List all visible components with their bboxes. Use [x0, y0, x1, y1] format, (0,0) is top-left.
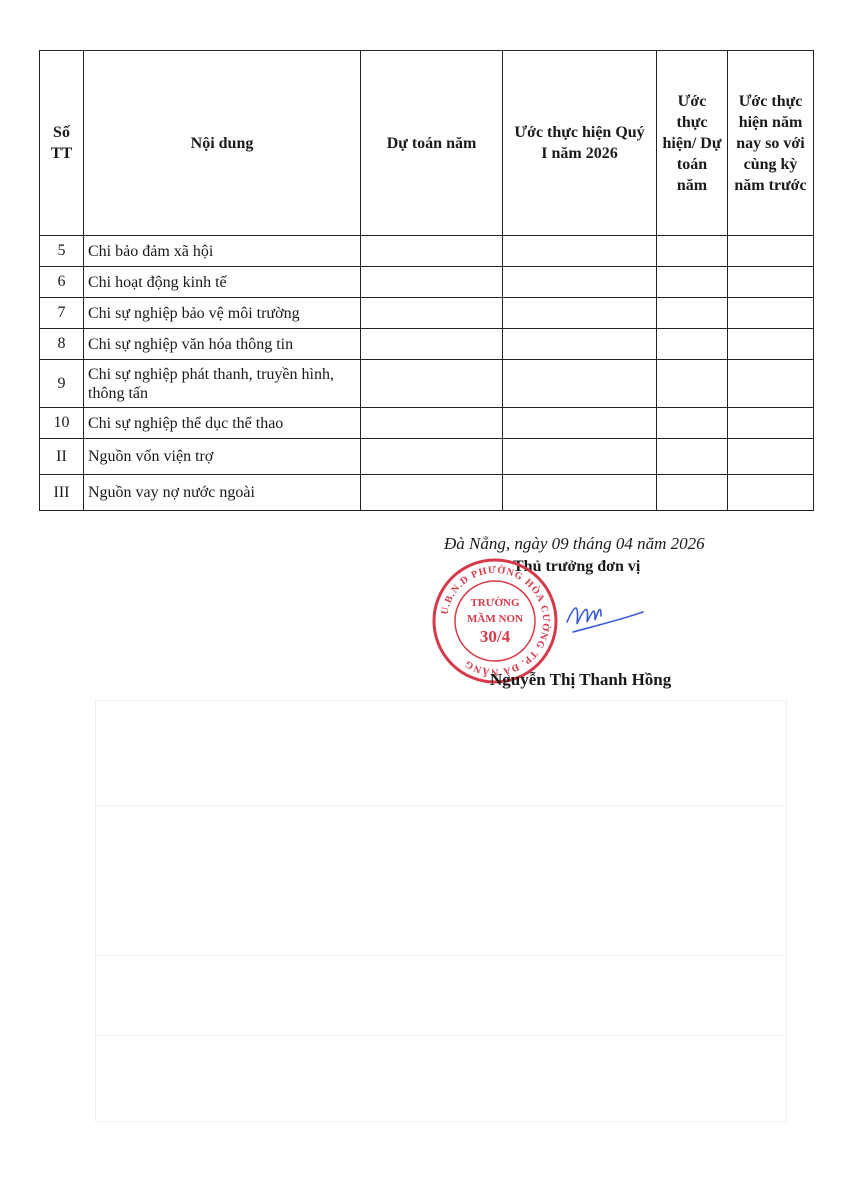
cell-yoy: [728, 408, 814, 439]
header-annual-estimate: Dự toán năm: [361, 51, 503, 236]
header-stt: Số TT: [40, 51, 84, 236]
cell-annual-estimate: [361, 236, 503, 267]
cell-ratio: [657, 236, 728, 267]
cell-q1-estimate: [503, 236, 657, 267]
bleed-through-table: [95, 700, 787, 1122]
bleed-through-line: [95, 955, 785, 956]
cell-q1-estimate: [503, 298, 657, 329]
cell-annual-estimate: [361, 408, 503, 439]
budget-estimate-table: Số TT Nội dung Dự toán năm Ước thực hiện…: [39, 50, 814, 511]
row-content: Nguồn vay nợ nước ngoài: [84, 475, 361, 511]
row-content: Nguồn vốn viện trợ: [84, 439, 361, 475]
table-row: 10Chi sự nghiệp thể dục thể thao: [40, 408, 814, 439]
cell-yoy: [728, 329, 814, 360]
cell-ratio: [657, 439, 728, 475]
row-number: 10: [40, 408, 84, 439]
cell-yoy: [728, 439, 814, 475]
table-row: 6Chi hoạt động kinh tế: [40, 267, 814, 298]
cell-ratio: [657, 267, 728, 298]
cell-q1-estimate: [503, 329, 657, 360]
cell-yoy: [728, 236, 814, 267]
cell-ratio: [657, 329, 728, 360]
svg-text:TRƯỜNG: TRƯỜNG: [470, 597, 520, 609]
cell-annual-estimate: [361, 329, 503, 360]
cell-annual-estimate: [361, 360, 503, 408]
cell-yoy: [728, 298, 814, 329]
cell-annual-estimate: [361, 298, 503, 329]
row-number: 6: [40, 267, 84, 298]
header-year-over-year: Ước thực hiện năm nay so với cùng kỳ năm…: [728, 51, 814, 236]
cell-ratio: [657, 298, 728, 329]
cell-annual-estimate: [361, 439, 503, 475]
svg-text:MẦM NON: MẦM NON: [467, 612, 523, 625]
cell-annual-estimate: [361, 267, 503, 298]
bleed-through-line: [95, 1035, 785, 1036]
cell-yoy: [728, 267, 814, 298]
table-header-row: Số TT Nội dung Dự toán năm Ước thực hiện…: [40, 51, 814, 236]
row-content: Chi sự nghiệp văn hóa thông tin: [84, 329, 361, 360]
table-row: 9Chi sự nghiệp phát thanh, truyền hình, …: [40, 360, 814, 408]
header-ratio-to-estimate: Ước thực hiện/ Dự toán năm: [657, 51, 728, 236]
row-number: III: [40, 475, 84, 511]
table-row: 5Chi bảo đảm xã hội: [40, 236, 814, 267]
table-row: IIINguồn vay nợ nước ngoài: [40, 475, 814, 511]
table-row: 7Chi sự nghiệp bảo vệ môi trường: [40, 298, 814, 329]
row-content: Chi sự nghiệp phát thanh, truyền hình, t…: [84, 360, 361, 408]
cell-yoy: [728, 360, 814, 408]
official-stamp-icon: U.B.N.D PHƯỜNG HÒA CƯỜNG TP. ĐÀ NẴNG TRƯ…: [430, 556, 560, 686]
cell-q1-estimate: [503, 267, 657, 298]
cell-q1-estimate: [503, 408, 657, 439]
cell-q1-estimate: [503, 360, 657, 408]
cell-q1-estimate: [503, 475, 657, 511]
cell-q1-estimate: [503, 439, 657, 475]
row-number: 7: [40, 298, 84, 329]
row-content: Chi hoạt động kinh tế: [84, 267, 361, 298]
header-q1-estimate: Ước thực hiện Quý I năm 2026: [503, 51, 657, 236]
cell-ratio: [657, 360, 728, 408]
row-number: 5: [40, 236, 84, 267]
row-content: Chi sự nghiệp bảo vệ môi trường: [84, 298, 361, 329]
row-number: 9: [40, 360, 84, 408]
table-row: 8Chi sự nghiệp văn hóa thông tin: [40, 329, 814, 360]
table-row: IINguồn vốn viện trợ: [40, 439, 814, 475]
handwritten-signature-icon: [565, 594, 645, 644]
bleed-through-line: [95, 805, 785, 806]
cell-ratio: [657, 475, 728, 511]
row-content: Chi sự nghiệp thể dục thể thao: [84, 408, 361, 439]
cell-yoy: [728, 475, 814, 511]
cell-ratio: [657, 408, 728, 439]
row-number: II: [40, 439, 84, 475]
signer-name: Nguyễn Thị Thanh Hồng: [490, 670, 671, 690]
svg-text:30/4: 30/4: [480, 627, 511, 646]
date-line: Đà Nẵng, ngày 09 tháng 04 năm 2026: [444, 534, 705, 554]
row-number: 8: [40, 329, 84, 360]
row-content: Chi bảo đảm xã hội: [84, 236, 361, 267]
cell-annual-estimate: [361, 475, 503, 511]
header-content: Nội dung: [84, 51, 361, 236]
